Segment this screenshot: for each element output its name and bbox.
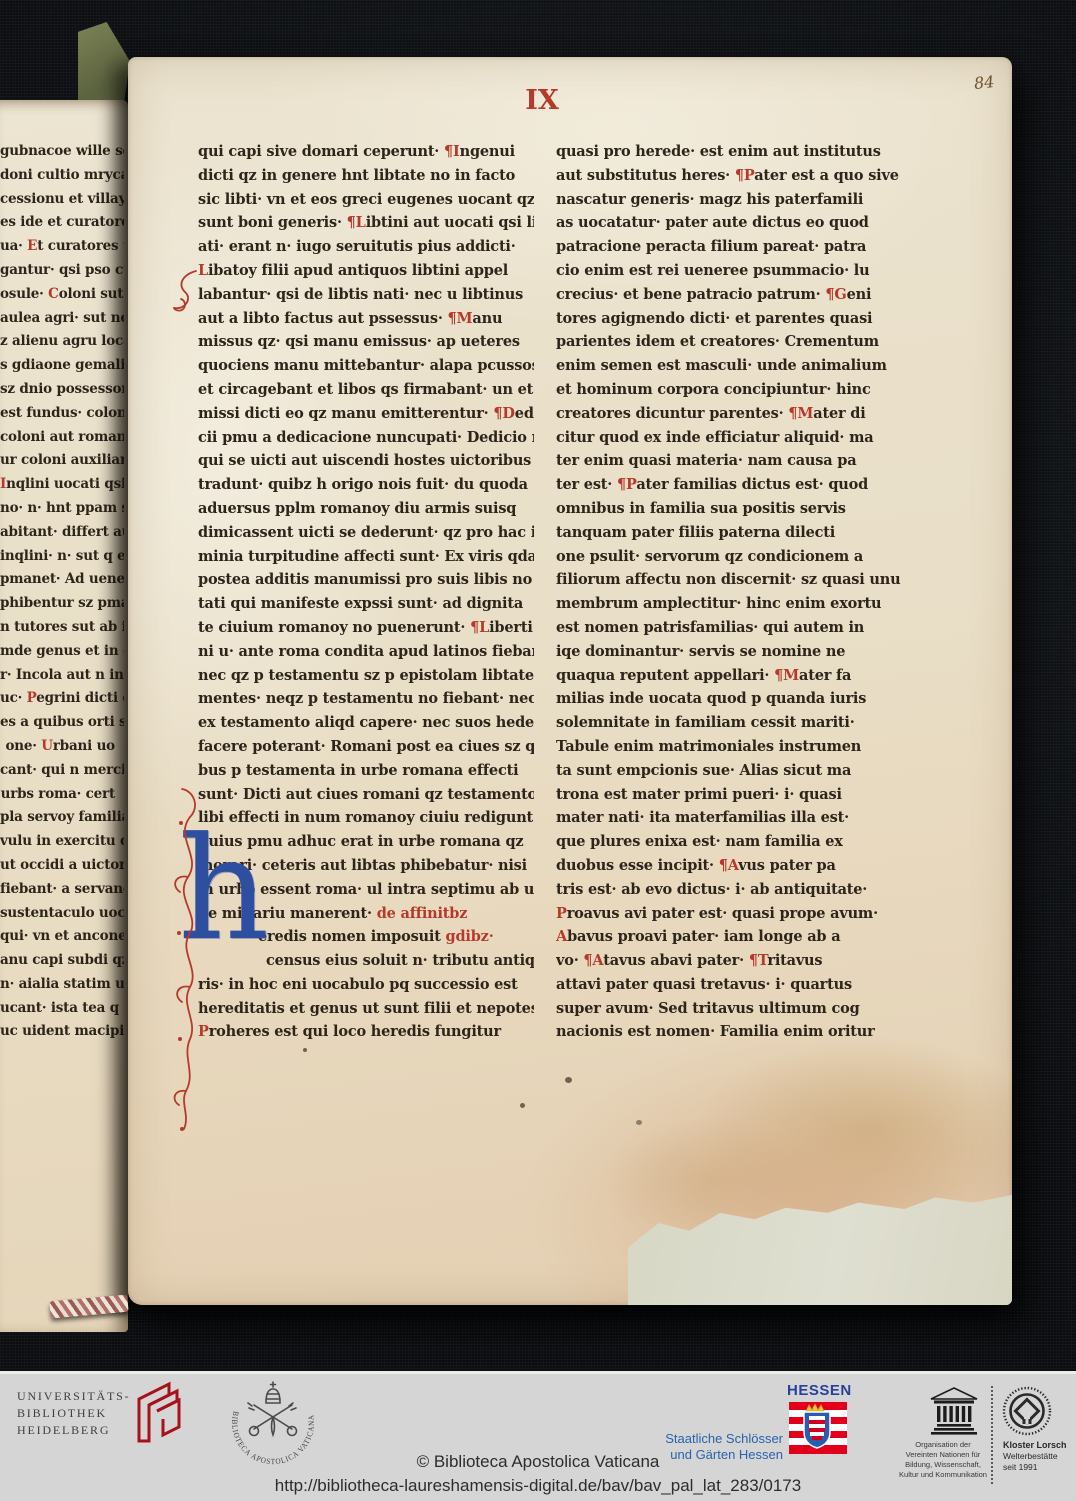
- manuscript-text-line: one· Urbani uo: [0, 735, 124, 759]
- manuscript-text-line: anu capi subdi qz: [0, 949, 124, 973]
- manuscript-text-line: Inqlini uocati qsi: [0, 473, 124, 497]
- manuscript-text-line: no· n· hnt ppam sed: [0, 497, 124, 521]
- manuscript-text-line: ur coloni auxiliares: [0, 449, 124, 473]
- manuscript-text-line: tris est· ab evo dictus· i· ab antiquita…: [556, 878, 906, 902]
- library-name-line: BIBLIOTHEK: [17, 1405, 130, 1422]
- manuscript-text-line: membrum amplectitur· hinc enim exortu: [556, 592, 906, 616]
- lorsch-caption-line: Welterbestätte: [1003, 1451, 1067, 1462]
- manuscript-text-line: tanquam pater filiis paterna dilecti: [556, 521, 906, 545]
- library-name-line: UNIVERSITÄTS-: [17, 1388, 130, 1405]
- unesco-caption-line: Bildung, Wissenschaft,: [894, 1460, 992, 1470]
- unesco-caption-line: Kultur und Kommunikation: [894, 1470, 992, 1480]
- underlying-page-patch: [628, 1177, 1012, 1305]
- manuscript-text-line: sunt· Dicti aut ciues romani qz testamen…: [198, 783, 534, 807]
- manuscript-text-line: parientes idem et creatores· Crementum: [556, 330, 906, 354]
- manuscript-text-line: gubnacoe wille ser: [0, 140, 124, 164]
- manuscript-text-line: one psulit· servorum qz condicionem a: [556, 545, 906, 569]
- manuscript-text-line: es ide et curatores ad: [0, 211, 124, 235]
- manuscript-text-line: quociens manu mittebantur· alapa pcussos: [198, 354, 534, 378]
- manuscript-text-line: cant· qui n mercibs: [0, 759, 124, 783]
- manuscript-text-line: sustentaculo uocare: [0, 902, 124, 926]
- manuscript-text-line: qui capi sive domari ceperunt· ¶Ingenui: [198, 140, 534, 164]
- manuscript-text-line: ucant· ista tea q in: [0, 997, 124, 1021]
- library-name-line: HEIDELBERG: [17, 1422, 130, 1439]
- manuscript-text-line: tradunt· quibz h origo nois fuit· du quo…: [198, 473, 534, 497]
- manuscript-text-line: ter est· ¶Pater familias dictus est· quo…: [556, 473, 906, 497]
- heidelberg-library-logo-icon: [127, 1379, 183, 1447]
- stain-speck: [636, 1120, 642, 1125]
- hessen-wordmark: HESSEN: [787, 1382, 847, 1399]
- manuscript-text-line: phibentur sz pmanre: [0, 592, 124, 616]
- manuscript-text-line: ni u· ante roma condita apud latinos fie…: [198, 640, 534, 664]
- manuscript-text-line: super avum· Sed tritavus ultimum cog: [556, 997, 906, 1021]
- manuscript-text-line: aut substitutus heres· ¶Pater est a quo …: [556, 164, 906, 188]
- manuscript-text-line: cii pmu a dedicacione nuncupati· Dedicio…: [198, 426, 534, 450]
- manuscript-text-line: s gdiaone gemali: [0, 354, 124, 378]
- manuscript-text-line: trona est mater primi pueri· i· quasi: [556, 783, 906, 807]
- manuscript-text-line: pmanet· Ad uene au: [0, 568, 124, 592]
- manuscript-text-line: missi dicti eo qz manu emitterentur· ¶De…: [198, 402, 534, 426]
- spine-cloth-fragment: [78, 22, 130, 104]
- manuscript-text-line: te ciuium romanoy no puenerunt· ¶Liberti: [198, 616, 534, 640]
- manuscript-text-line: citur quod ex inde efficiatur aliquid· m…: [556, 426, 906, 450]
- manuscript-text-line: ex testamento aliqd capere· nec suos hed…: [198, 711, 534, 735]
- manuscript-text-line: Tabule enim matrimoniales instrumen: [556, 735, 906, 759]
- kloster-lorsch-caption: Kloster Lorsch Welterbestätte seit 1991: [1003, 1440, 1067, 1473]
- manuscript-text-line: aduersus pplm romanoy diu armis suisq: [198, 497, 534, 521]
- manuscript-text-line: Libatoy filii apud antiquos libtini appe…: [198, 259, 534, 283]
- manuscript-text-line: minia turpitudine affecti sunt· Ex viris…: [198, 545, 534, 569]
- manuscript-text-line: coloni aut romani qz: [0, 426, 124, 450]
- manuscript-text-line: mater nati· ita materfamilias illa est·: [556, 806, 906, 830]
- manuscript-text-line: ua· Et curatores uero: [0, 235, 124, 259]
- hessen-caption-line: Staatliche Schlösser: [628, 1431, 783, 1447]
- manuscript-text-line: nascatur generis· magz his paterfamili: [556, 188, 906, 212]
- manuscript-text-line: sunt boni generis· ¶Libtini aut uocati q…: [198, 211, 534, 235]
- hessen-caption: Staatliche Schlösser und Gärten Hessen: [628, 1431, 783, 1463]
- manuscript-text-line: mde genus et in cogn: [0, 640, 124, 664]
- manuscript-text-line: qui· vn et ancone dnis: [0, 925, 124, 949]
- manuscript-text-line: et circagebant et libos qs firmabant· un…: [198, 378, 534, 402]
- footer-dotted-separator: [991, 1386, 993, 1484]
- manuscript-text-line: Proheres est qui loco heredis fungitur: [198, 1020, 534, 1044]
- manuscript-text-line: gantur· qsi pso curato: [0, 259, 124, 283]
- lorsch-name: Kloster Lorsch: [1003, 1440, 1067, 1451]
- manuscript-scan-viewport: gubnacoe wille serdoni cultio mrycarcess…: [0, 0, 1076, 1501]
- manuscript-text-line: Proavus avi pater est· quasi prope avum·: [556, 902, 906, 926]
- manuscript-text-line: uc uident macipia ee: [0, 1020, 124, 1044]
- manuscript-text-line: tores agignendo dicti· et parentes quasi: [556, 307, 906, 331]
- kloster-lorsch-emblem-icon: [1002, 1386, 1052, 1436]
- stain-speck: [303, 1048, 307, 1052]
- manuscript-text-line: as uocatatur· pater aute dictus eo quod: [556, 211, 906, 235]
- manuscript-text-line: eredis nomen imposuit gdibz·: [258, 925, 534, 949]
- manuscript-text-line: nec qz p testamentu sz p epistolam libta…: [198, 664, 534, 688]
- manuscript-text-line: r· Incola aut n indi: [0, 664, 124, 688]
- hessen-coat-of-arms-icon: [789, 1402, 847, 1454]
- manuscript-text-line: ut occidi a uictoribz: [0, 854, 124, 878]
- manuscript-text-line: omnibus in familia sua positis servis: [556, 497, 906, 521]
- manuscript-text-line: fiebant· a servando: [0, 878, 124, 902]
- manuscript-text-line: abitant· differt aut int: [0, 521, 124, 545]
- previous-page-text: gubnacoe wille serdoni cultio mrycarcess…: [0, 140, 124, 1044]
- manuscript-text-line: Abavus proavi pater· iam longe ab a: [556, 925, 906, 949]
- stain-speck: [520, 1103, 525, 1108]
- stain-speck: [565, 1077, 572, 1083]
- manuscript-text-line: census eius soluit n· tributu antiquo: [266, 949, 534, 973]
- lorsch-caption-line: seit 1991: [1003, 1462, 1067, 1473]
- manuscript-text-line: aulea agri· sut ne: [0, 307, 124, 331]
- manuscript-page: IX 84 qui capi sive domari ceperunt· ¶In…: [128, 57, 1012, 1305]
- manuscript-text-line: enim semen est masculi· unde animalium: [556, 354, 906, 378]
- previous-page-edge: gubnacoe wille serdoni cultio mrycarcess…: [0, 100, 128, 1332]
- manuscript-text-line: hereditatis et genus ut sunt filii et ne…: [198, 997, 534, 1021]
- manuscript-text-line: qui se uicti aut uiscendi hostes uictori…: [198, 449, 534, 473]
- manuscript-text-line: aut a libto factus aut pssessus· ¶Manu: [198, 307, 534, 331]
- unesco-caption: Organisation der Vereinten Nationen für …: [894, 1440, 992, 1480]
- chapter-number-rubric: IX: [512, 85, 572, 116]
- manuscript-text-line: tati qui manifeste expssi sunt· ad digni…: [198, 592, 534, 616]
- manuscript-text-line: sic libti· vn et eos greci eugenes uocan…: [198, 188, 534, 212]
- manuscript-text-line: est nomen patrisfamilias· qui autem in: [556, 616, 906, 640]
- manuscript-text-line: et hominum corpora concipiuntur· hinc: [556, 378, 906, 402]
- manuscript-text-line: postea additis manumissi pro suis libis …: [198, 568, 534, 592]
- manuscript-text-line: z alienu agru locani: [0, 330, 124, 354]
- manuscript-text-line: vo· ¶Atavus abavi pater· ¶Tritavus: [556, 949, 906, 973]
- manuscript-text-line: milias inde uocata quod p quanda iuris: [556, 687, 906, 711]
- manuscript-text-line: patracione peracta filium pareat· patra: [556, 235, 906, 259]
- manuscript-text-line: sz dnio possessoris: [0, 378, 124, 402]
- manuscript-text-line: labantur· qsi de libtis nati· nec u libt…: [198, 283, 534, 307]
- manuscript-text-line: cio enim est rei ueneree psummacio· lu: [556, 259, 906, 283]
- penwork-flourish-icon: [144, 257, 210, 1157]
- manuscript-text-line: mentes· neqz p testamentu no fiebant· ne…: [198, 687, 534, 711]
- manuscript-text-line: n tutores sut ab inco: [0, 616, 124, 640]
- manuscript-text-line: attavi pater quasi tretavus· i· quartus: [556, 973, 906, 997]
- manuscript-text-line: crecius· et bene patracio patrum· ¶Geni: [556, 283, 906, 307]
- heidelberg-library-wordmark: UNIVERSITÄTS- BIBLIOTHEK HEIDELBERG: [17, 1388, 130, 1439]
- manuscript-text-line: n· aialia statim ut: [0, 973, 124, 997]
- manuscript-text-line: osule· Coloni sut cul: [0, 283, 124, 307]
- manuscript-text-line: inqlini· n· sut q emi: [0, 545, 124, 569]
- manuscript-text-line: nacionis est nomen· Familia enim oritur: [556, 1020, 906, 1044]
- unesco-logo-icon: [925, 1387, 983, 1435]
- manuscript-text-line: dimicassent uicti se dederunt· qz pro ha…: [198, 521, 534, 545]
- manuscript-text-line: es a quibus orti sut: [0, 711, 124, 735]
- footer-bar: UNIVERSITÄTS- BIBLIOTHEK HEIDELBERG: [0, 1371, 1076, 1501]
- manuscript-text-line: vulu in exercitu qz: [0, 830, 124, 854]
- manuscript-text-line: ta sunt empcionis sue· Alias sicut ma: [556, 759, 906, 783]
- manuscript-text-line: pla servoy familia: [0, 806, 124, 830]
- manuscript-text-line: creatores dicuntur parentes· ¶Mater di: [556, 402, 906, 426]
- unesco-caption-line: Vereinten Nationen für: [894, 1450, 992, 1460]
- folio-number: 84: [973, 72, 995, 93]
- text-column-right: quasi pro herede· est enim aut institutu…: [556, 140, 906, 1044]
- manuscript-text-line: ter enim quasi materia· nam causa pa: [556, 449, 906, 473]
- hessen-caption-line: und Gärten Hessen: [628, 1447, 783, 1463]
- manuscript-text-line: uc· Pegrini dicti eo qz: [0, 687, 124, 711]
- manuscript-text-line: facere poterant· Romani post ea ciues sz…: [198, 735, 534, 759]
- manuscript-text-line: cessionu et villay d: [0, 188, 124, 212]
- manuscript-text-line: urbs roma· cert: [0, 783, 124, 807]
- manuscript-text-line: dicti qz in genere hnt libtate no in fac…: [198, 164, 534, 188]
- manuscript-text-line: iqe dominantur· servis se nomine ne: [556, 640, 906, 664]
- manuscript-text-line: que plures enixa est· nam familia ex: [556, 830, 906, 854]
- manuscript-text-line: est fundus· coloni au: [0, 402, 124, 426]
- manuscript-text-line: doni cultio mrycar: [0, 164, 124, 188]
- manuscript-text-line: solemnitate in familiam cessit mariti·: [556, 711, 906, 735]
- manuscript-text-line: ati· erant n· iugo seruitutis pius addic…: [198, 235, 534, 259]
- unesco-caption-line: Organisation der: [894, 1440, 992, 1450]
- manuscript-text-line: filiorum affectu non discernit· sz quasi…: [556, 568, 906, 592]
- manuscript-text-line: bus p testamenta in urbe romana effecti: [198, 759, 534, 783]
- manuscript-text-line: ris· in hoc eni uocabulo pq successio es…: [198, 973, 534, 997]
- manuscript-text-line: missus qz· qsi manu emissus· ap ueteres: [198, 330, 534, 354]
- manuscript-text-line: quaqua reputent appellari· ¶Mater fa: [556, 664, 906, 688]
- manuscript-text-line: duobus esse incipit· ¶Avus pater pa: [556, 854, 906, 878]
- manuscript-text-line: quasi pro herede· est enim aut institutu…: [556, 140, 906, 164]
